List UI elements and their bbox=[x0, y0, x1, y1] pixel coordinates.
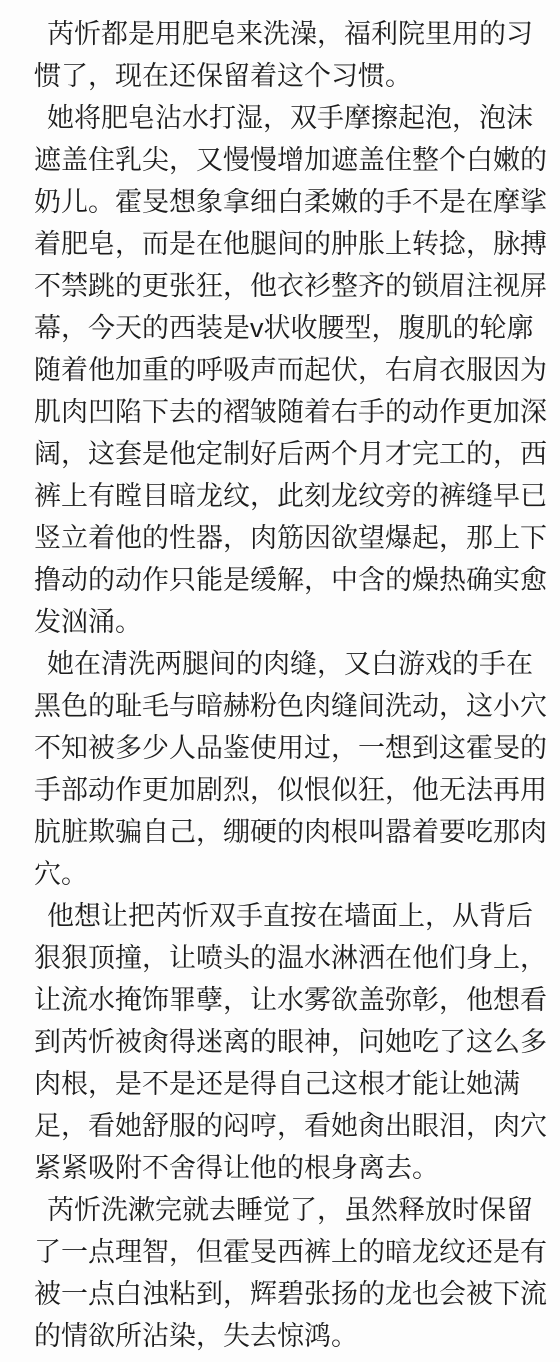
paragraph: 她将肥皂沾水打湿，双手摩擦起泡，泡沫遮盖住乳尖，又慢慢增加遮盖住整个白嫩的奶儿。… bbox=[34, 97, 549, 643]
paragraph: 她在清洗两腿间的肉缝，又白游戏的手在黑色的耻毛与暗赫粉色肉缝间洗动，这小穴不知被… bbox=[34, 643, 549, 895]
paragraph: 芮忻洗漱完就去睡觉了，虽然释放时保留了一点理智，但霍旻西裤上的暗龙纹还是有被一点… bbox=[34, 1189, 549, 1357]
reader-page: 芮忻都是用肥皂来洗澡，福利院里用的习惯了，现在还保留着这个习惯。 她将肥皂沾水打… bbox=[0, 0, 560, 1362]
paragraph: 芮忻都是用肥皂来洗澡，福利院里用的习惯了，现在还保留着这个习惯。 bbox=[34, 13, 549, 97]
paragraph: 他想让把芮忻双手直按在墙面上，从背后狠狠顶撞，让喷头的温水淋洒在他们身上，让流水… bbox=[34, 895, 549, 1189]
